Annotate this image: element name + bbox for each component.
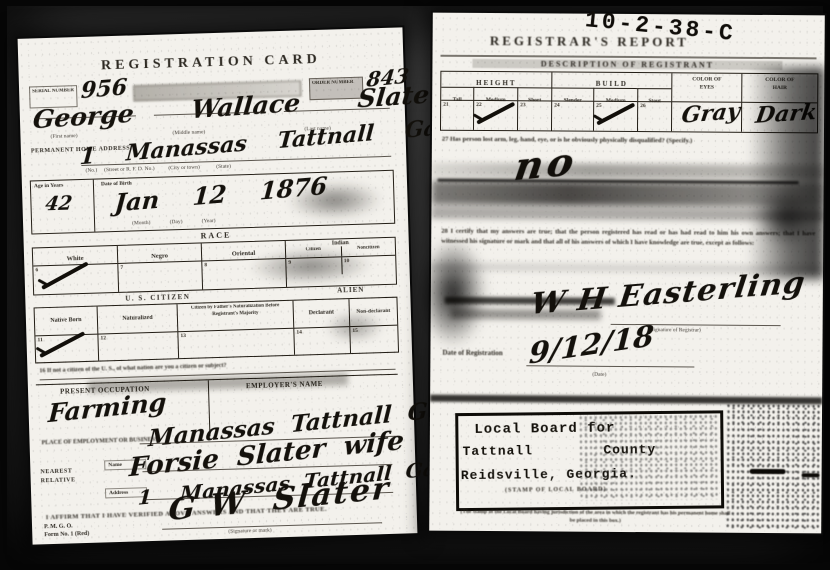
- registration-card-front: REGISTRATION CARD SERIAL NUMBER 956 ORDE…: [18, 27, 418, 544]
- description-header: DESCRIPTION OF REGISTRANT: [472, 59, 782, 70]
- race-col-oriental: Oriental: [232, 250, 256, 258]
- eyes-value: Gray: [680, 98, 742, 128]
- native-born-checkmark: [39, 331, 85, 357]
- stamp-note: (The stamp of the Local Board having jur…: [457, 509, 733, 527]
- build-header: BUILD: [596, 80, 628, 88]
- nearest-relative-label: NEAREST RELATIVE: [40, 467, 97, 487]
- question-27: 27 Has person lost arm, leg, hand, eye, …: [442, 135, 814, 147]
- corner-noise: [725, 403, 822, 530]
- registration-date-label: Date of Registration: [442, 349, 502, 357]
- race-col-white: White: [67, 255, 84, 263]
- dob-captions: (Month) (Day) (Year): [132, 218, 216, 226]
- stamp-line-3: Reidsville, Georgia.: [461, 466, 637, 483]
- scan-smudge-band: [431, 207, 823, 222]
- race-num-9: 9: [288, 260, 291, 266]
- citizen-native-born: Native Born: [50, 317, 81, 324]
- race-num-7: 7: [120, 265, 123, 271]
- registration-date-caption: (Date): [592, 372, 606, 378]
- height-header: HEIGHT: [476, 79, 516, 87]
- desc-num-25: 25: [596, 103, 602, 109]
- desc-num-24: 24: [554, 102, 560, 108]
- nation-question: 16 If not a citizen of the U. S., of wha…: [39, 363, 226, 375]
- description-table: HEIGHT BUILD COLOR OF EYES COLOR OF HAIR…: [440, 71, 818, 134]
- form-number-line1: P. M. G. O.: [44, 523, 73, 530]
- citizen-table: Native Born Naturalized Citizen by Fathe…: [34, 297, 400, 364]
- age-value: 42: [44, 192, 74, 215]
- desc-num-26: 26: [640, 103, 646, 109]
- citizen-num-15: 15: [352, 328, 358, 334]
- dob-label: Date of Birth: [101, 180, 132, 187]
- stamp-line-2: Tattnall County: [463, 442, 657, 459]
- hair-value: Dark: [754, 99, 819, 129]
- hair-header: COLOR OF HAIR: [758, 77, 802, 93]
- citizen-non-declarant: Non-declarant: [356, 308, 390, 315]
- citizen-naturalized: Naturalized: [122, 315, 152, 322]
- registration-date-value: 9/12/18: [528, 319, 655, 371]
- age-box: Age in Years 42: [31, 180, 96, 234]
- citizen-num-12: 12: [100, 335, 106, 341]
- registrars-report-back: REGISTRAR'S REPORT 10-2-38-C DESCRIPTION…: [429, 13, 825, 534]
- race-num-6: 6: [35, 267, 38, 273]
- serial-number-label: SERIAL NUMBER: [30, 86, 76, 98]
- citizen-num-14: 14: [296, 330, 302, 336]
- alien-header: ALIEN: [337, 286, 364, 295]
- signature-caption: (Signature or mark): [228, 528, 272, 535]
- certification-paragraph: 28 I certify that my answers are true; t…: [441, 227, 815, 250]
- section-divider-bar: [430, 395, 822, 405]
- race-indian-group: Indian Citizen Noncitizen 9 10: [285, 238, 396, 287]
- name-caption-first: (First name): [50, 133, 77, 140]
- noise-dash: [802, 473, 820, 477]
- citizen-num-13: 13: [180, 333, 186, 339]
- stamp-line-1: Local Board for: [474, 420, 615, 437]
- local-board-stamp-box: Local Board for Tattnall County Reidsvil…: [455, 410, 724, 511]
- scan-smudge-band: [431, 181, 823, 208]
- scanned-document-page: REGISTRATION CARD SERIAL NUMBER 956 ORDE…: [0, 0, 830, 570]
- age-dob-row: Age in Years 42 Date of Birth Jan 12 187…: [30, 170, 395, 235]
- question-27-answer: no: [512, 139, 581, 190]
- citizen-by-father: Citizen by Father's Naturalization Befor…: [182, 303, 289, 320]
- employer-label: EMPLOYER'S NAME: [246, 380, 323, 390]
- scan-smudge-line: [438, 179, 799, 185]
- age-label: Age in Years: [31, 180, 93, 192]
- race-white-checkmark: [41, 261, 88, 289]
- noise-dash: [750, 469, 786, 474]
- dob-value: Jan 12 1876: [114, 171, 329, 217]
- card-title: REGISTRATION CARD: [18, 49, 403, 76]
- race-num-10: 10: [344, 258, 350, 264]
- race-col-negro: Negro: [151, 252, 168, 259]
- desc-num-21: 21: [443, 102, 449, 108]
- race-indian-noncitizen: Noncitizen: [340, 245, 395, 257]
- desc-num-23: 23: [520, 102, 526, 108]
- citizen-num-11: 11: [37, 337, 42, 343]
- scan-smudge-band: [432, 163, 824, 180]
- desc-num-22: 22: [476, 102, 482, 108]
- race-num-8: 8: [204, 262, 207, 268]
- eyes-header: COLOR OF EYES: [685, 76, 729, 92]
- stamp-box-caption: (STAMP OF LOCAL BOARD): [505, 487, 607, 494]
- race-indian-citizen: Citizen: [286, 246, 341, 258]
- us-citizen-header: U. S. CITIZEN: [125, 293, 190, 303]
- registrar-signature: W H Easterling: [528, 266, 807, 322]
- form-number-line2: Form No. 1 (Red): [44, 531, 89, 538]
- citizen-declarant: Declarant: [309, 310, 334, 317]
- registrar-signature-caption: (Signature of Registrar): [649, 327, 701, 333]
